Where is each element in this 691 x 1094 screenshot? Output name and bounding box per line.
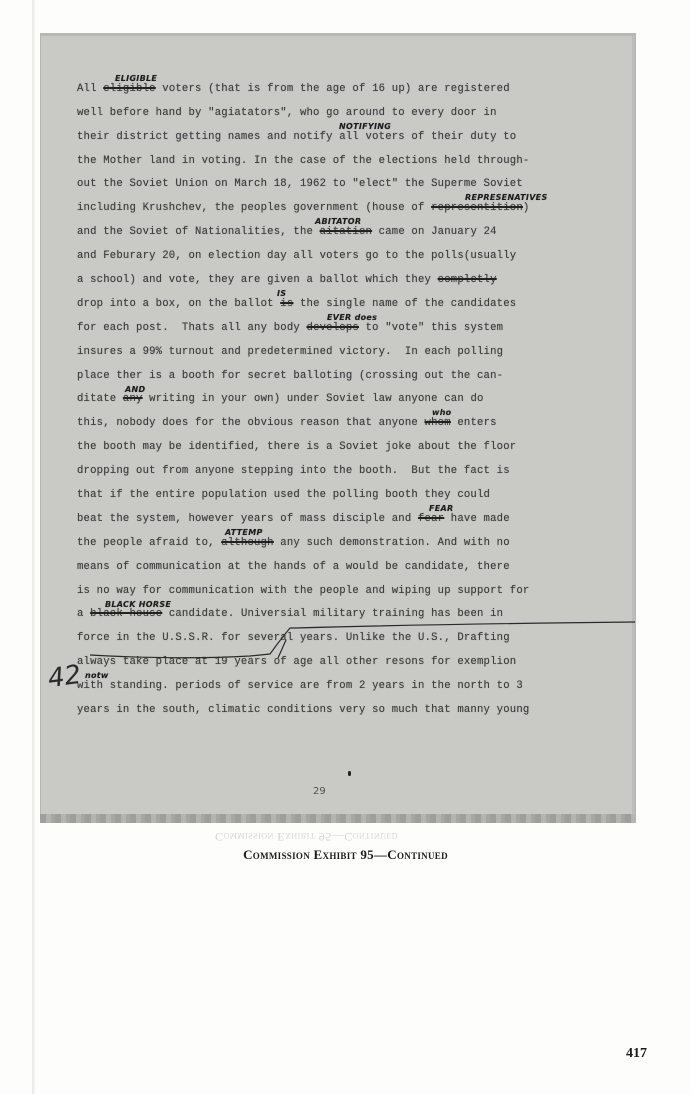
handwritten-correction: IS <box>277 290 286 298</box>
typed-text: insures a 99% turnout and predetermined … <box>77 346 503 358</box>
handwritten-correction: AND <box>125 386 145 394</box>
typed-text: a school) and vote, they are given a bal… <box>77 274 497 286</box>
typescript-line: dropping out from anyone stepping into t… <box>77 456 597 480</box>
typed-text: the people afraid to, although any such … <box>77 537 510 549</box>
typed-text: well before hand by "agiatators", who go… <box>77 107 497 119</box>
handwritten-correction: FEAR <box>429 505 453 513</box>
book-page-edge <box>32 0 35 1094</box>
struck-word: aitation <box>320 226 372 238</box>
handwritten-correction: EVER does <box>327 314 377 322</box>
struck-word: black house <box>90 608 162 620</box>
handwritten-correction: ABITATOR <box>315 218 361 226</box>
typed-text: and Feburary 20, on election day all vot… <box>77 250 516 262</box>
handwritten-correction: REPRESENATIVES <box>465 194 548 202</box>
typescript-line: the Mother land in voting. In the case o… <box>77 146 597 170</box>
typescript-line: their district getting names and notify … <box>77 122 597 146</box>
typed-page-number: 29 <box>313 786 326 797</box>
typescript-line: and Feburary 20, on election day all vot… <box>77 241 597 265</box>
typescript-line: drop into a box, on the ballot is the si… <box>77 289 597 313</box>
typed-text: this, nobody does for the obvious reason… <box>77 417 497 429</box>
struck-word: whom <box>425 417 451 429</box>
typed-text: a black house candidate. Universial mili… <box>77 608 503 620</box>
handwritten-correction: ELIGIBLE <box>115 75 157 83</box>
typescript-line: years in the south, climatic conditions … <box>77 695 597 719</box>
struck-word: is <box>280 298 293 310</box>
handwritten-correction: ATTEMP <box>225 529 263 537</box>
typescript-text: All eligible voters (that is from the ag… <box>77 74 597 719</box>
typescript-line: with standing. periods of service are fr… <box>77 671 597 695</box>
typescript-line: place ther is a booth for secret balloti… <box>77 361 597 385</box>
typescript-line: including Krushchev, the peoples governm… <box>77 193 597 217</box>
struck-word: completly <box>438 274 497 286</box>
struck-word: representition <box>431 202 523 214</box>
ink-mark <box>348 771 351 776</box>
mirrored-caption-bleedthrough: Commission Exhibit 95—Continued <box>215 829 398 844</box>
typescript-line: for each post. Thats all any body develo… <box>77 313 597 337</box>
typed-text: the Mother land in voting. In the case o… <box>77 155 529 167</box>
struck-word: fear <box>418 513 444 525</box>
typed-text: and the Soviet of Nationalities, the ait… <box>77 226 497 238</box>
margin-annotation: 42 <box>46 660 83 694</box>
typed-text: means of communication at the hands of a… <box>77 561 510 573</box>
typescript-line: All eligible voters (that is from the ag… <box>77 74 597 98</box>
struck-word: develops <box>307 322 359 334</box>
typescript-line: means of communication at the hands of a… <box>77 552 597 576</box>
typed-text: force in the U.S.S.R. for several years.… <box>77 632 510 644</box>
typescript-line: and the Soviet of Nationalities, the ait… <box>77 217 597 241</box>
typed-text: years in the south, climatic conditions … <box>77 704 529 716</box>
typescript-line: a school) and vote, they are given a bal… <box>77 265 597 289</box>
typescript-line: the people afraid to, although any such … <box>77 528 597 552</box>
typescript-line: that if the entire population used the p… <box>77 480 597 504</box>
typescript-line: force in the U.S.S.R. for several years.… <box>77 623 597 647</box>
struck-word: any <box>123 393 143 405</box>
handwritten-correction: notw <box>85 672 109 680</box>
typed-text: with standing. periods of service are fr… <box>77 680 523 692</box>
typescript-line: beat the system, however years of mass d… <box>77 504 597 528</box>
handwritten-correction: BLACK HORSE <box>105 601 171 609</box>
typed-text: the booth may be identified, there is a … <box>77 441 516 453</box>
typescript-line: always take place at 19 years of age all… <box>77 647 597 671</box>
typed-text: always take place at 19 years of age all… <box>77 656 516 668</box>
typescript-line: out the Soviet Union on March 18, 1962 t… <box>77 170 597 194</box>
typed-text: beat the system, however years of mass d… <box>77 513 510 525</box>
typed-text: drop into a box, on the ballot is the si… <box>77 298 516 310</box>
typescript-line: is no way for communication with the peo… <box>77 576 597 600</box>
typed-text: including Krushchev, the peoples governm… <box>77 202 529 214</box>
typescript-line: well before hand by "agiatators", who go… <box>77 98 597 122</box>
typescript-line: a black house candidate. Universial mili… <box>77 600 597 624</box>
page-number: 417 <box>626 1046 647 1062</box>
typed-text: out the Soviet Union on March 18, 1962 t… <box>77 178 523 190</box>
typed-text: place ther is a booth for secret balloti… <box>77 370 503 382</box>
typed-text: for each post. Thats all any body develo… <box>77 322 503 334</box>
typed-text: ditate any writing in your own) under So… <box>77 393 484 405</box>
typescript-line: insures a 99% turnout and predetermined … <box>77 337 597 361</box>
typescript-line: ditate any writing in your own) under So… <box>77 385 597 409</box>
handwritten-correction: who <box>432 409 451 417</box>
typed-text: All eligible voters (that is from the ag… <box>77 83 510 95</box>
handwritten-correction: NOTIFYING <box>339 123 391 131</box>
exhibit-caption: Commission Exhibit 95—Continued <box>0 847 691 863</box>
struck-word: although <box>221 537 273 549</box>
typescript-line: this, nobody does for the obvious reason… <box>77 408 597 432</box>
typed-text: their district getting names and notify … <box>77 131 516 143</box>
struck-word: eligible <box>103 83 155 95</box>
typed-text: that if the entire population used the p… <box>77 489 490 501</box>
typed-text: is no way for communication with the peo… <box>77 585 529 597</box>
typed-text: dropping out from anyone stepping into t… <box>77 465 510 477</box>
typescript-line: the booth may be identified, there is a … <box>77 432 597 456</box>
